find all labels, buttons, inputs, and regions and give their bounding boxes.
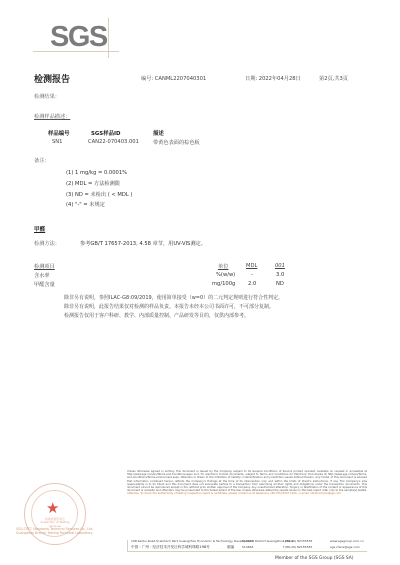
report-number-label: 编号:: [141, 76, 153, 82]
postcode-chinese: 510663: [242, 545, 253, 549]
results-row-formaldehyde-value: ND: [276, 281, 284, 287]
section-title: 甲醛: [34, 225, 45, 233]
results-row-moisture-value: 3.0: [276, 272, 284, 278]
email: sgs.china@sgs.com: [330, 545, 360, 549]
note-item: (2) MDL = 方法检测限: [66, 180, 120, 187]
report-date: 日期: 2022年04月28日: [245, 75, 301, 82]
results-header-mdl: MDL: [246, 263, 257, 269]
results-header-item: 检测项目: [34, 263, 55, 270]
star-icon: ★: [46, 501, 59, 516]
postcode-english: 510663: [242, 539, 253, 543]
test-method-label: 检测方法：: [34, 240, 60, 247]
footer-divider-line: [127, 551, 367, 552]
notes-label: 备注：: [34, 157, 50, 164]
postcode-label-chinese: 邮编: [227, 545, 234, 550]
results-row-moisture-mdl: -: [251, 272, 253, 278]
address-english: 198 Kezhu Road,Scientech Park Guangzhou …: [131, 539, 293, 543]
stamp-company-lines: SGS-CSTC Standards Technical Services Co…: [16, 527, 93, 535]
sample-table-header-description: 描述: [153, 129, 164, 137]
report-date-label: 日期:: [245, 76, 257, 82]
fax: f (86-20) 82155555: [283, 545, 312, 549]
sample-table-cell-sample-no: SN1: [52, 139, 62, 145]
page-indicator: 第2页,共3页: [319, 75, 348, 82]
document-title: 检测报告: [34, 72, 70, 85]
logo-divider-line: [33, 51, 119, 52]
address-chinese: 中国・广州・经济技术开发区科学城科珠路198号: [131, 545, 210, 550]
official-seal: ★ 检验检测专用章 Inspection of Testing Services: [24, 483, 86, 545]
sgs-group-membership: Member of the SGS Group (SGS SA): [275, 556, 354, 561]
statement-line: 除非另有说明，参照ILAC-G8:09/2019，使用简单接受（w=0）的二元判…: [64, 294, 283, 301]
sample-table-cell-description: 带黄色表面的棕色板: [153, 139, 200, 146]
results-row-formaldehyde-item: 甲醛含量: [34, 281, 55, 288]
sample-table-cell-sgs-id: CAN22-070403.001: [88, 139, 139, 145]
results-row-formaldehyde-unit: mg/100g: [212, 281, 235, 287]
results-row-formaldehyde-mdl: 2.0: [248, 281, 256, 287]
results-header-unit: 单位: [218, 263, 228, 270]
statement-line: 检测报告仅用于客户科研、教学、内部质量控制、产品研发等目的，仅供内部参考。: [64, 312, 249, 319]
results-row-moisture-unit: %(w/w): [216, 272, 235, 278]
sgs-logo: SGS: [50, 22, 107, 52]
results-label: 检测结果：: [34, 93, 60, 100]
website: www.sgsgroup.com.cn: [330, 539, 364, 543]
note-item: (3) ND = 未检出 ( < MDL ): [66, 191, 132, 198]
note-item: (1) 1 mg/kg = 0.0001%: [66, 170, 127, 176]
note-item: (4) "-" = 未规定: [66, 201, 105, 208]
terms-text: Unless otherwise agreed in writing, this…: [127, 470, 367, 492]
sample-table-header-sgs-id: SGS样品ID: [91, 129, 120, 137]
results-row-moisture-item: 含水率: [34, 272, 50, 279]
terms-fine-print: Unless otherwise agreed in writing, this…: [127, 470, 367, 496]
report-number: 编号: CANML2207040301: [141, 75, 206, 82]
sample-description-label: 检测样品描述：: [34, 113, 70, 120]
test-method-text: 参考GB/T 17657-2013, 4.58 章节，用UV-VIS测定。: [80, 240, 206, 247]
statement-line: 除非另有说明，此报告结果仅对检测的样品负责。本报告未经本公司书面许可，不可部分复…: [64, 303, 274, 310]
stamp-line-2: Guangzhou Branch Testing Technical Labor…: [16, 531, 93, 535]
report-number-value: CANML2207040301: [155, 76, 206, 82]
report-date-value: 2022年04月28日: [259, 76, 301, 82]
authenticity-attention: Attention: To check the authenticity of …: [127, 492, 341, 495]
telephone: t (86-20) 82155555: [283, 539, 312, 543]
logo-divider-line-vertical: [108, 18, 109, 58]
results-header-sample-001: 001: [275, 263, 285, 269]
sample-table-header-sample-no: 样品编号: [48, 129, 70, 137]
